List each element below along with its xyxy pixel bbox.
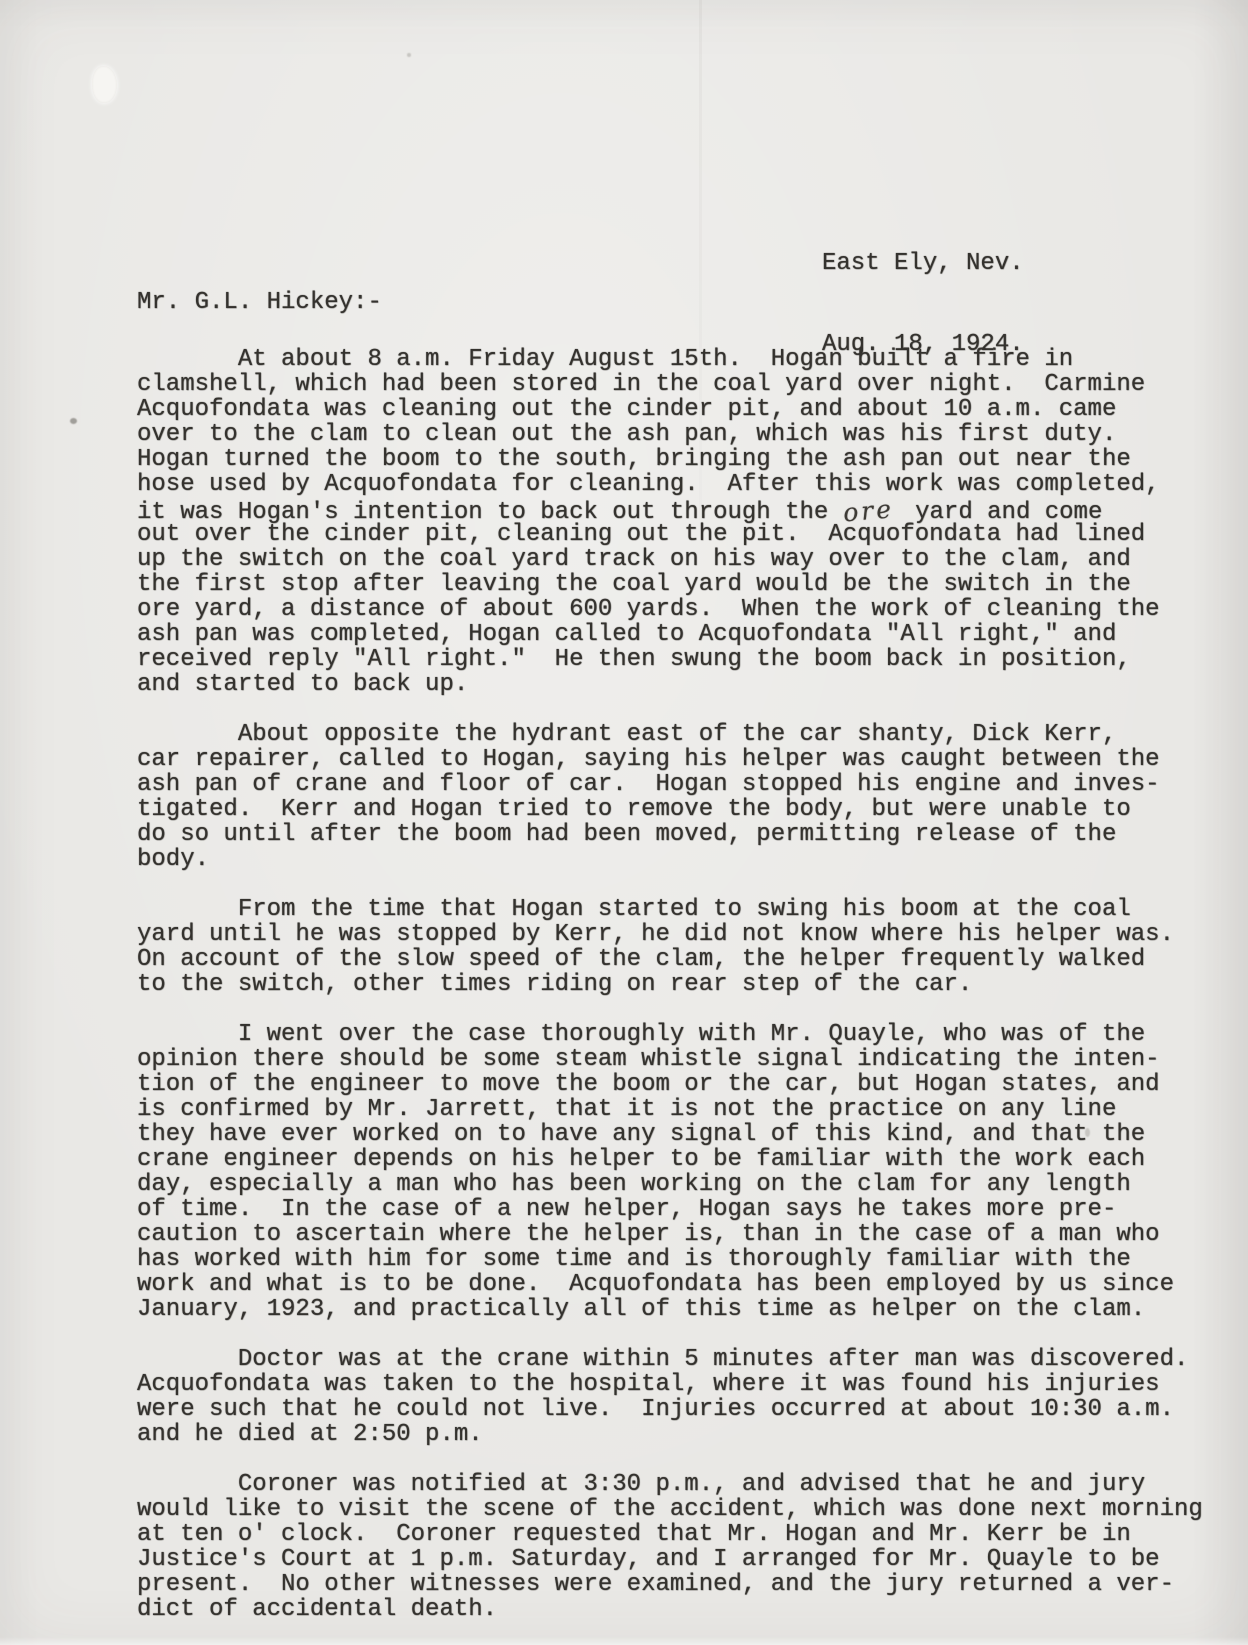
salutation: Mr. G.L. Hickey:- [137,290,382,315]
text-line: at ten o' clock. Coroner requested that … [137,1522,1237,1547]
text-line: over to the clam to clean out the ash pa… [137,422,1237,447]
text-line: clamshell, which had been stored in the … [137,372,1237,397]
text-line: Acquofondata was taken to the hospital, … [137,1372,1237,1397]
text-line: tigated. Kerr and Hogan tried to remove … [137,797,1237,822]
text-line: On account of the slow speed of the clam… [137,947,1237,972]
text-line: dict of accidental death. [137,1597,1237,1622]
paragraph: Doctor was at the crane within 5 minutes… [137,1347,1237,1447]
text-line: and he died at 2:50 p.m. [137,1422,1237,1447]
text-line: About opposite the hydrant east of the c… [137,722,1237,747]
text-line: it was Hogan's intention to back out thr… [137,497,1237,522]
ink-speck [407,53,411,57]
text-line: has worked with him for some time and is… [137,1247,1237,1272]
text-line: car repairer, called to Hogan, saying hi… [137,747,1237,772]
text-line: up the switch on the coal yard track on … [137,547,1237,572]
text-line: they have ever worked on to have any sig… [137,1122,1237,1147]
text-line: hose used by Acquofondata for cleaning. … [137,472,1237,497]
letter-body: At about 8 a.m. Friday August 15th. Hoga… [137,347,1237,1622]
text-line: yard until he was stopped by Kerr, he di… [137,922,1237,947]
text-line: ash pan was completed, Hogan called to A… [137,622,1237,647]
text-line: to the switch, other times riding on rea… [137,972,1237,997]
text-line: work and what is to be done. Acquofondat… [137,1272,1237,1297]
text-line: body. [137,847,1237,872]
text-line: Hogan turned the boom to the south, brin… [137,447,1237,472]
text-line: At about 8 a.m. Friday August 15th. Hoga… [137,347,1237,372]
letter-page: East Ely, Nev. Aug. 18, 1924. Mr. G.L. H… [0,0,1248,1645]
text-line: the first stop after leaving the coal ya… [137,572,1237,597]
text-line: Acquofondata was cleaning out the cinder… [137,397,1237,422]
ink-speck [70,418,77,424]
text-line: present. No other witnesses were examine… [137,1572,1237,1597]
text-line: opinion there should be some steam whist… [137,1047,1237,1072]
text-line: ore yard, a distance of about 600 yards.… [137,597,1237,622]
text-line: I went over the case thoroughly with Mr.… [137,1022,1237,1047]
text-line: and started to back up. [137,672,1237,697]
handwritten-word: ore [842,496,902,526]
text-line: day, especially a man who has been worki… [137,1172,1237,1197]
paragraph: At about 8 a.m. Friday August 15th. Hoga… [137,347,1237,697]
scan-edge [0,1637,1248,1645]
text-line: would like to visit the scene of the acc… [137,1497,1237,1522]
text-line: crane engineer depends on his helper to … [137,1147,1237,1172]
text-line: January, 1923, and practically all of th… [137,1297,1237,1322]
text-line: Justice's Court at 1 p.m. Saturday, and … [137,1547,1237,1572]
text-line: Coroner was notified at 3:30 p.m., and a… [137,1472,1237,1497]
text-line: do so until after the boom had been move… [137,822,1237,847]
text-line: received reply "All right." He then swun… [137,647,1237,672]
paper-flaw-spot [92,66,117,103]
text-line: out over the cinder pit, cleaning out th… [137,522,1237,547]
text-line: caution to ascertain where the helper is… [137,1222,1237,1247]
text-line: tion of the engineer to move the boom or… [137,1072,1237,1097]
paragraph: Coroner was notified at 3:30 p.m., and a… [137,1472,1237,1622]
text-line: is confirmed by Mr. Jarrett, that it is … [137,1097,1237,1122]
text-line: Doctor was at the crane within 5 minutes… [137,1347,1237,1372]
dateline-location: East Ely, Nev. [822,250,1024,277]
text-line: of time. In the case of a new helper, Ho… [137,1197,1237,1222]
text-line: From the time that Hogan started to swin… [137,897,1237,922]
paragraph: I went over the case thoroughly with Mr.… [137,1022,1237,1322]
paragraph: About opposite the hydrant east of the c… [137,722,1237,872]
text-line: ash pan of crane and floor of car. Hogan… [137,772,1237,797]
text-line: were such that he could not live. Injuri… [137,1397,1237,1422]
paragraph: From the time that Hogan started to swin… [137,897,1237,997]
